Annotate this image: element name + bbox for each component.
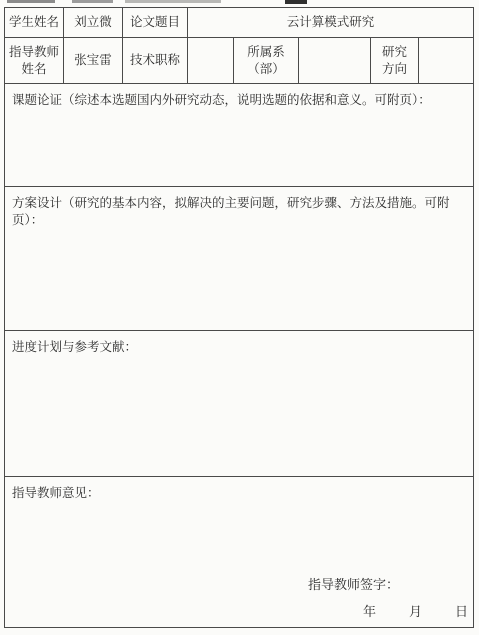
document-page: 学生姓名 刘立微 论文题目 云计算模式研究 指导教师 姓名 张宝雷 技术职称 所…: [0, 0, 479, 635]
section-schedule-references: 进度计划与参考文献：: [5, 331, 473, 477]
student-name-label: 学生姓名: [5, 8, 64, 38]
advisor-opinion-label: 指导教师意见：: [12, 485, 467, 502]
top-edge-artifact-1: [7, 0, 55, 3]
department-label: 所属系 （部）: [234, 38, 299, 84]
student-name-value: 刘立微: [64, 8, 123, 38]
topic-justification-label: 课题论证（综述本选题国内外研究动态，说明选题的依据和意义。可附页）：: [12, 92, 467, 109]
advisor-name-label: 指导教师 姓名: [5, 38, 64, 84]
header-row-1: 学生姓名 刘立微 论文题目 云计算模式研究: [5, 8, 473, 38]
date-month-label: 月: [409, 601, 422, 620]
research-direction-label: 研究 方向: [371, 38, 419, 84]
research-direction-value-cell: [419, 38, 473, 84]
top-edge-artifact-4: [285, 0, 307, 4]
scheme-design-label: 方案设计（研究的基本内容，拟解决的主要问题，研究步骤、方法及措施。可附页）：: [12, 195, 467, 229]
advisor-name-value: 张宝雷: [64, 38, 123, 84]
technical-title-label: 技术职称: [123, 38, 188, 84]
section-advisor-opinion: 指导教师意见： 指导教师签字： 年 月 日: [5, 477, 473, 627]
department-value-cell: [299, 38, 371, 84]
header-row-2: 指导教师 姓名 张宝雷 技术职称 所属系 （部） 研究 方向: [5, 38, 473, 84]
top-edge-artifact-3: [125, 0, 221, 3]
thesis-title-value: 云计算模式研究: [188, 8, 473, 38]
thesis-title-label: 论文题目: [123, 8, 188, 38]
date-day-label: 日: [455, 601, 468, 620]
section-scheme-design: 方案设计（研究的基本内容，拟解决的主要问题，研究步骤、方法及措施。可附页）：: [5, 187, 473, 331]
date-year-label: 年: [363, 601, 376, 620]
technical-title-value-cell: [188, 38, 234, 84]
date-line: 年 月 日: [363, 601, 468, 620]
schedule-references-label: 进度计划与参考文献：: [12, 339, 467, 356]
section-topic-justification: 课题论证（综述本选题国内外研究动态，说明选题的依据和意义。可附页）：: [5, 84, 473, 187]
thesis-proposal-form-table: 学生姓名 刘立微 论文题目 云计算模式研究 指导教师 姓名 张宝雷 技术职称 所…: [4, 7, 474, 628]
advisor-signature-label: 指导教师签字：: [308, 574, 399, 593]
top-edge-artifact-2: [72, 0, 113, 3]
